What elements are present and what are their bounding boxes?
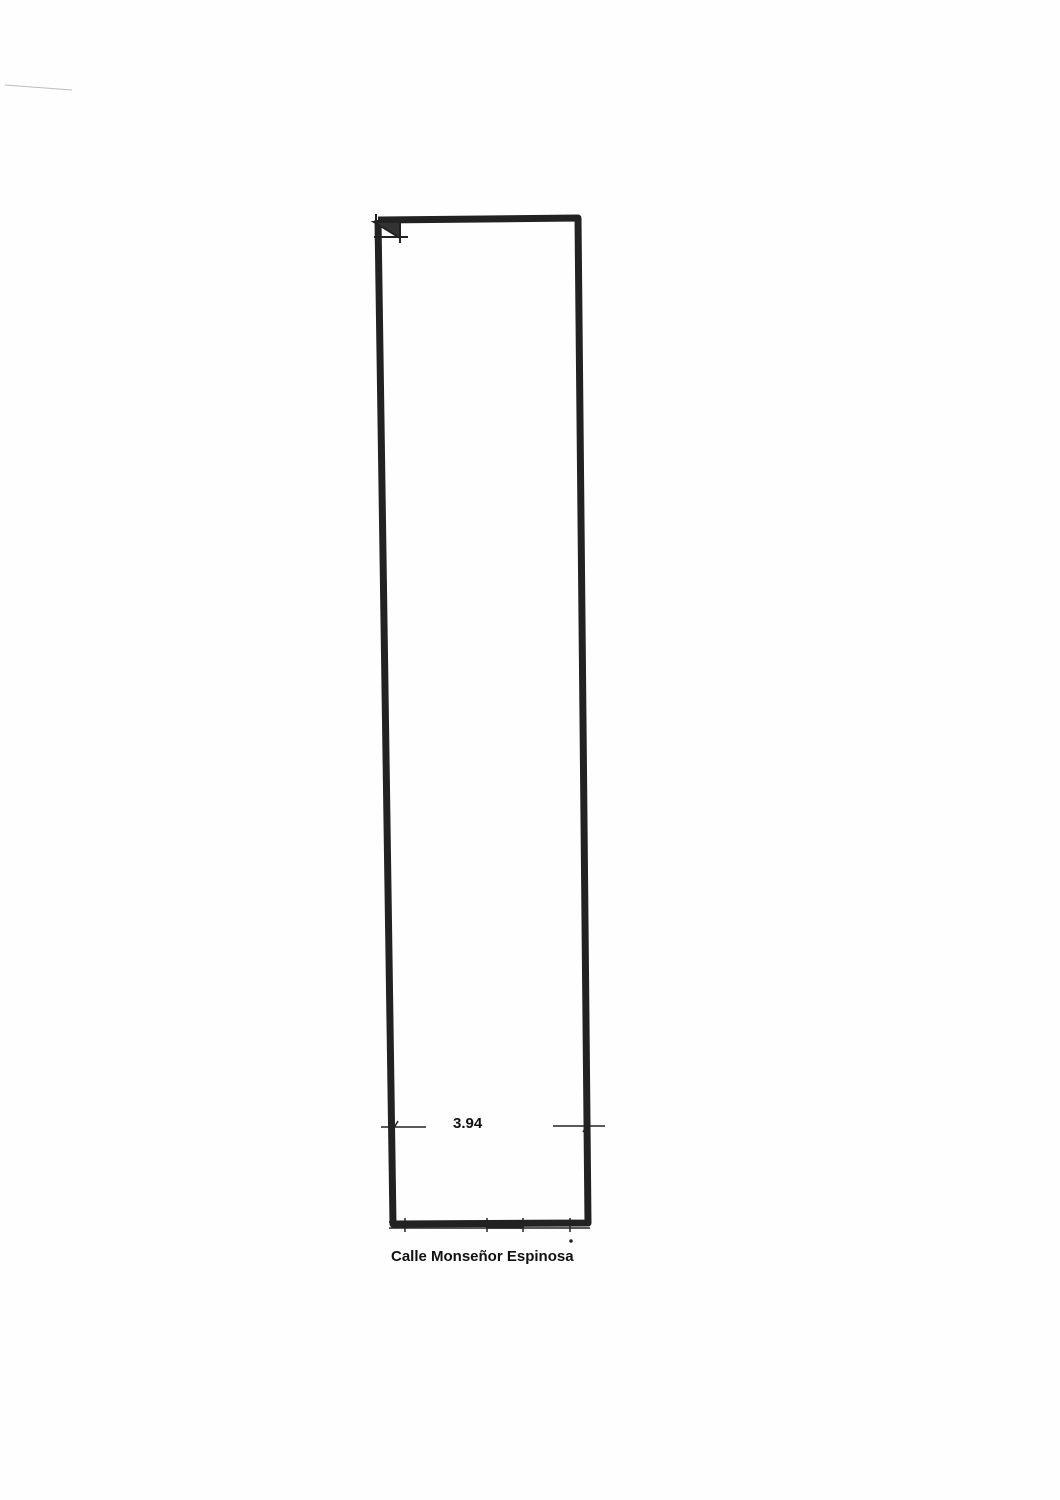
width-dimension-label: 3.94 <box>453 1115 482 1132</box>
floor-plan-drawing <box>0 0 1060 1500</box>
front-facade-openings <box>389 1218 590 1242</box>
scan-artifact <box>5 85 72 90</box>
plot-outline <box>378 218 588 1224</box>
width-dimension-line <box>381 1120 605 1133</box>
floor-plan-page: 3.94 Calle Monseñor Espinosa <box>0 0 1060 1500</box>
street-name-label: Calle Monseñor Espinosa <box>391 1248 574 1265</box>
